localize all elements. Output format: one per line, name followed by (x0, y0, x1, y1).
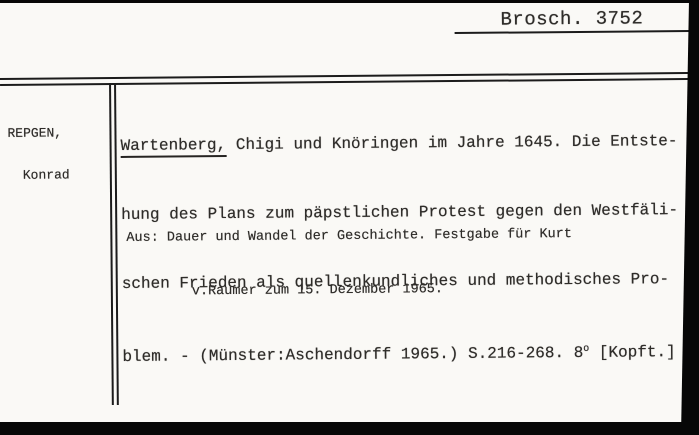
source-line-2: v.Raumer zum 15. Dezember 1965. (192, 280, 573, 301)
title-line-4-text: blem. - (Münster:Aschendorff 1965.) S.21… (122, 344, 583, 366)
title-line-1-rest: Chigi und Knöringen im Jahre 1645. Die E… (226, 132, 677, 154)
author-forename: Konrad (23, 168, 70, 182)
column-divider-left (109, 83, 114, 405)
column-divider-right (114, 83, 119, 405)
catalog-card: Brosch. 3752 REPGEN, Konrad Wartenberg, … (0, 0, 699, 435)
author-surname: REPGEN, (7, 126, 69, 141)
title-keyword-underlined: Wartenberg, (121, 136, 227, 158)
source-note-block: Aus: Dauer und Wandel der Geschichte. Fe… (126, 190, 573, 338)
title-line-4-tail: [Kopft.] (589, 343, 676, 362)
card-content: Brosch. 3752 REPGEN, Konrad Wartenberg, … (0, 0, 699, 435)
title-line-1: Wartenberg, Chigi und Knöringen im Jahre… (120, 130, 677, 158)
scan-edge-top (0, 0, 699, 3)
shelfmark-underline (455, 30, 690, 34)
source-line-1: Aus: Dauer und Wandel der Geschichte. Fe… (126, 226, 572, 248)
shelfmark-label: Brosch. 3752 (500, 7, 643, 30)
scan-edge-bottom (0, 422, 699, 435)
author-block: REPGEN, Konrad (7, 98, 70, 211)
title-line-4: blem. - (Münster:Aschendorff 1965.) S.21… (122, 337, 679, 369)
